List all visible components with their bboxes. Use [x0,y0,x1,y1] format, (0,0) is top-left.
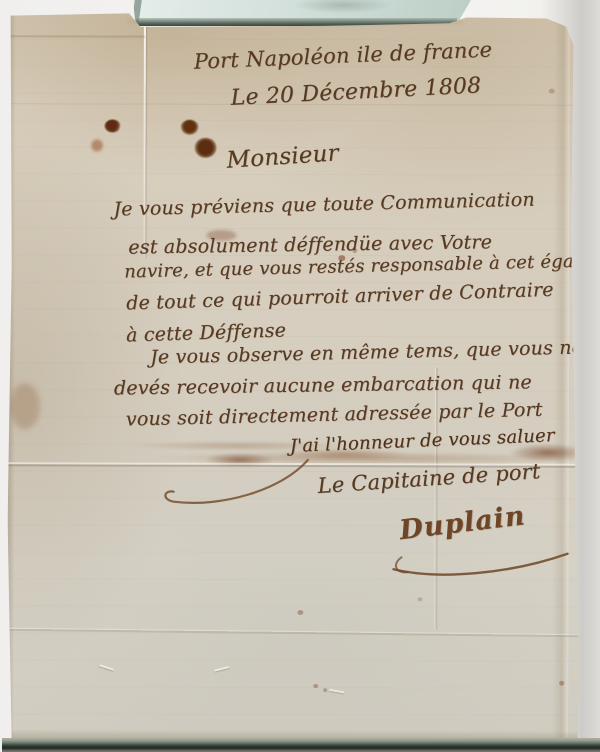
pinch-crease [99,664,114,671]
glass-pane-bottom-edge [2,738,600,752]
water-stain-left [10,383,40,429]
letter-paper: Port Napoléon ile de france Le 20 Décemb… [7,11,581,739]
closing-paraph-flourish [160,450,320,522]
fold-crease-top-left [9,35,145,37]
letter-body-line: de tout ce qui pourroit arriver de Contr… [126,279,554,315]
ink-speck [417,597,422,601]
signature-underline-flourish [385,547,575,583]
ink-speck [559,681,564,686]
fold-crease-vertical-top [143,26,146,258]
ink-speck [549,89,555,94]
letter-salutation: Monsieur [226,140,340,173]
paper-right-edge-shade [552,13,570,740]
pinch-crease [329,689,344,694]
pinch-crease [214,666,229,672]
ink-speck [297,610,303,615]
letter-place-line: Port Napoléon ile de france [193,38,492,74]
letter-body-line: à cette Déffense [126,319,287,346]
ink-blot [105,120,121,133]
fold-crease-lower [7,629,579,637]
letter-body-line: devés recevoir aucune embarcation qui ne [114,371,532,399]
ink-blot [195,138,217,158]
ink-speck [313,684,318,688]
glass-pane-top [133,0,471,26]
letter-body-line: Je vous préviens que toute Communication [113,189,535,221]
ink-speck [323,688,327,692]
ink-blot [91,137,104,153]
signature-name: Duplain [398,500,527,546]
letter-body-line: vous soit directement adressée par le Po… [126,399,543,431]
ink-blot [181,120,199,135]
